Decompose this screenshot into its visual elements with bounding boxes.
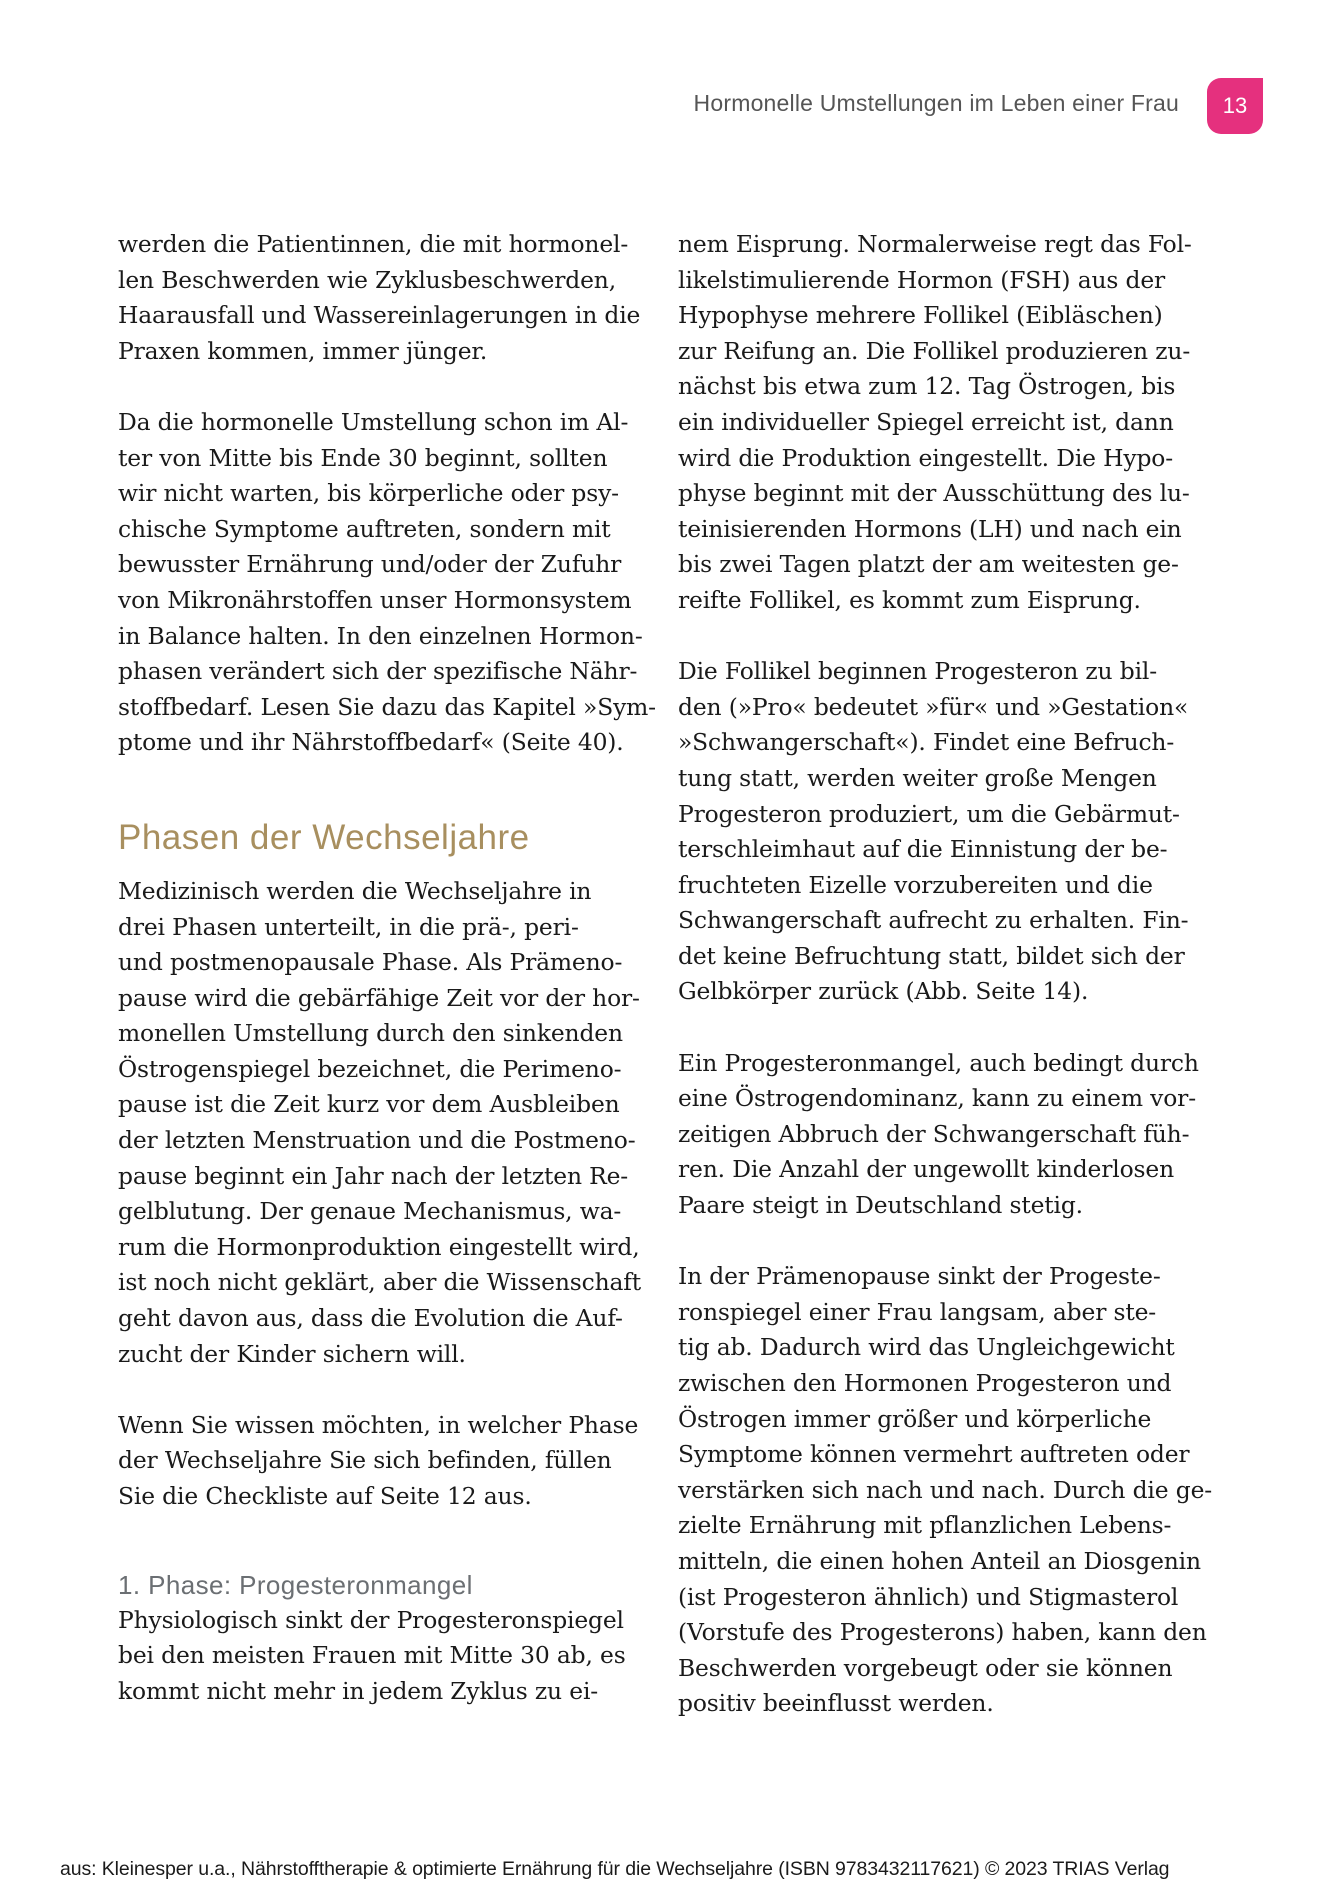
left-column: werden die Patientinnen, die mit hormone…: [118, 227, 678, 1709]
paragraph-hormone-change: Da die hormonelle Umstellung schon im Al…: [118, 405, 678, 761]
page-number: 13: [1223, 93, 1247, 119]
page-number-badge: 13: [1207, 78, 1263, 134]
paragraph-phase-1: Physiologisch sinkt der Progesteronspieg…: [118, 1603, 678, 1710]
running-head-title: Hormonelle Umstellungen im Leben einer F…: [694, 88, 1179, 118]
paragraph-phases-intro: Medizinisch werden die Wechseljahre in d…: [118, 874, 678, 1372]
paragraph-ovulation: nem Eisprung. Normalerweise regt das Fol…: [678, 227, 1238, 619]
citation-footer: aus: Kleinesper u.a., Nährstofftherapie …: [60, 1858, 1169, 1881]
section-heading: Phasen der Wechseljahre: [118, 816, 678, 860]
right-column: nem Eisprung. Normalerweise regt das Fol…: [678, 227, 1238, 1722]
sub-heading-phase-1: 1. Phase: Progesteronmangel: [118, 1567, 678, 1603]
paragraph-premenopause: In der Prämenopause sinkt der Progeste- …: [678, 1259, 1238, 1722]
paragraph-checklist-reference: Wenn Sie wissen möchten, in welcher Phas…: [118, 1408, 678, 1515]
paragraph-continuation: werden die Patientinnen, die mit hormone…: [118, 227, 678, 369]
paragraph-progesterone-deficiency: Ein Progesteronmangel, auch bedingt durc…: [678, 1046, 1238, 1224]
paragraph-progesterone: Die Follikel beginnen Progesteron zu bil…: [678, 654, 1238, 1010]
